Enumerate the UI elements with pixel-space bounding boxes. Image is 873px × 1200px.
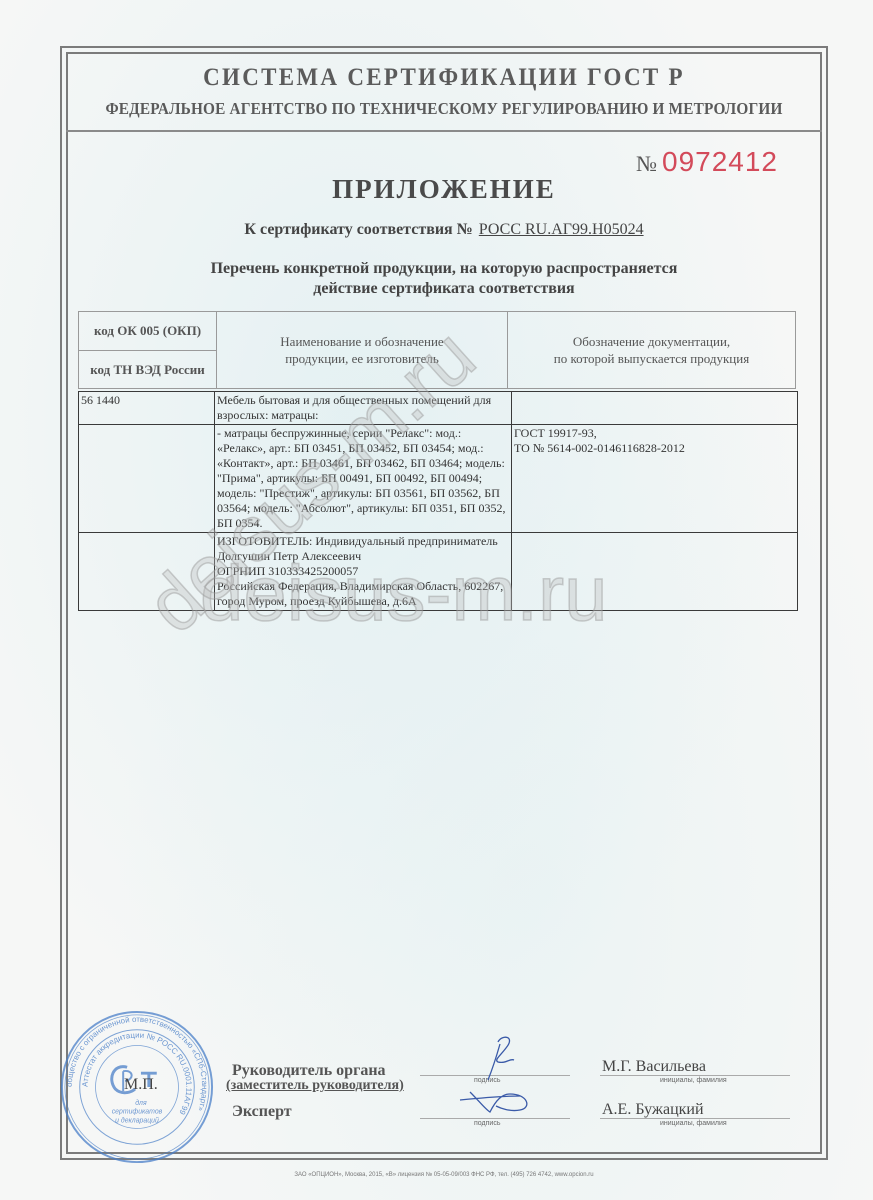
row-name: ИЗГОТОВИТЕЛЬ: Индивидуальный предпринима… [215,533,512,611]
docs-gost: ГОСТ 19917-93, [514,426,795,441]
header-documentation: Обозначение документации, по которой вып… [508,312,795,388]
docs-to: ТО № 5614-002-0146116828-2012 [514,441,795,456]
table-row: ИЗГОТОВИТЕЛЬ: Индивидуальный предпринима… [79,533,798,611]
agency-name: ФЕДЕРАЛЬНОЕ АГЕНТСТВО ПО ТЕХНИЧЕСКОМУ РЕ… [104,99,784,119]
expert-name: А.Е. Бужацкий [602,1101,704,1119]
row-docs [512,533,798,611]
row-docs [512,392,798,425]
header-docs-line1: Обозначение документации, [554,333,749,350]
head-name: М.Г. Васильева [602,1058,706,1076]
number-sign: № [636,151,658,176]
row-code [79,425,215,533]
row-name: - матрацы беспружинные, серии "Релакс": … [215,425,512,533]
manufacturer: ИЗГОТОВИТЕЛЬ: Индивидуальный предпринима… [217,534,509,564]
serial-value: 0972412 [662,146,778,177]
stamp-center-line1: для [135,1099,147,1107]
manufacturer-address: Российская Федерация, Владимирская Облас… [217,579,509,609]
header-name-line2: продукции, ее изготовитель [280,350,443,367]
header-docs-line2: по которой выпускается продукция [554,350,749,367]
stamp-center-line3: и деклараций [115,1117,159,1125]
certificate-ref-label: К сертификату соответствия № [244,221,472,238]
appendix-title: ПРИЛОЖЕНИЕ [66,174,822,205]
product-list-title: Перечень конкретной продукции, на котору… [66,259,822,299]
table-header: код ОК 005 (ОКП) код ТН ВЭД России Наиме… [78,311,796,389]
header-code-tnved: код ТН ВЭД России [79,351,216,388]
head-name-caption: инициалы, фамилия [660,1077,727,1084]
seal-place-label: М.П. [124,1076,158,1094]
header-divider [66,130,822,132]
head-name-line [600,1075,790,1076]
row-code [79,533,215,611]
expert-name-caption: инициалы, фамилия [660,1120,727,1127]
printer-footer: ЗАО «ОПЦИОН», Москва, 2015, «В» лицензия… [66,1172,822,1178]
deputy-label: (заместитель руководителя) [226,1078,404,1094]
table-row: 56 1440 Мебель бытовая и для общественны… [79,392,798,425]
signature-scribbles [440,1030,560,1130]
certificate-reference: К сертификату соответствия №РОСС RU.АГ99… [66,221,822,239]
product-table: 56 1440 Мебель бытовая и для общественны… [78,391,798,611]
list-title-line2: действие сертификата соответствия [66,279,822,299]
expert-name-line [600,1118,790,1119]
manufacturer-ogrnip: ОГРНИП 310333425200057 [217,564,509,579]
table-row: - матрацы беспружинные, серии "Релакс": … [79,425,798,533]
row-code: 56 1440 [79,392,215,425]
header-product-name: Наименование и обозначение продукции, ее… [217,312,508,388]
system-title: СИСТЕМА СЕРТИФИКАЦИИ ГОСТ Р [96,64,792,92]
header-codes: код ОК 005 (ОКП) код ТН ВЭД России [79,312,217,388]
expert-label: Эксперт [232,1103,292,1121]
stamp-center-line2: сертификатов [112,1109,163,1116]
header-name-line1: Наименование и обозначение [280,333,443,350]
row-name: Мебель бытовая и для общественных помеще… [215,392,512,425]
row-docs: ГОСТ 19917-93, ТО № 5614-002-0146116828-… [512,425,798,533]
header-code-okp: код ОК 005 (ОКП) [79,312,216,351]
list-title-line1: Перечень конкретной продукции, на котору… [66,259,822,279]
certificate-ref-number: РОСС RU.АГ99.Н05024 [479,221,644,238]
